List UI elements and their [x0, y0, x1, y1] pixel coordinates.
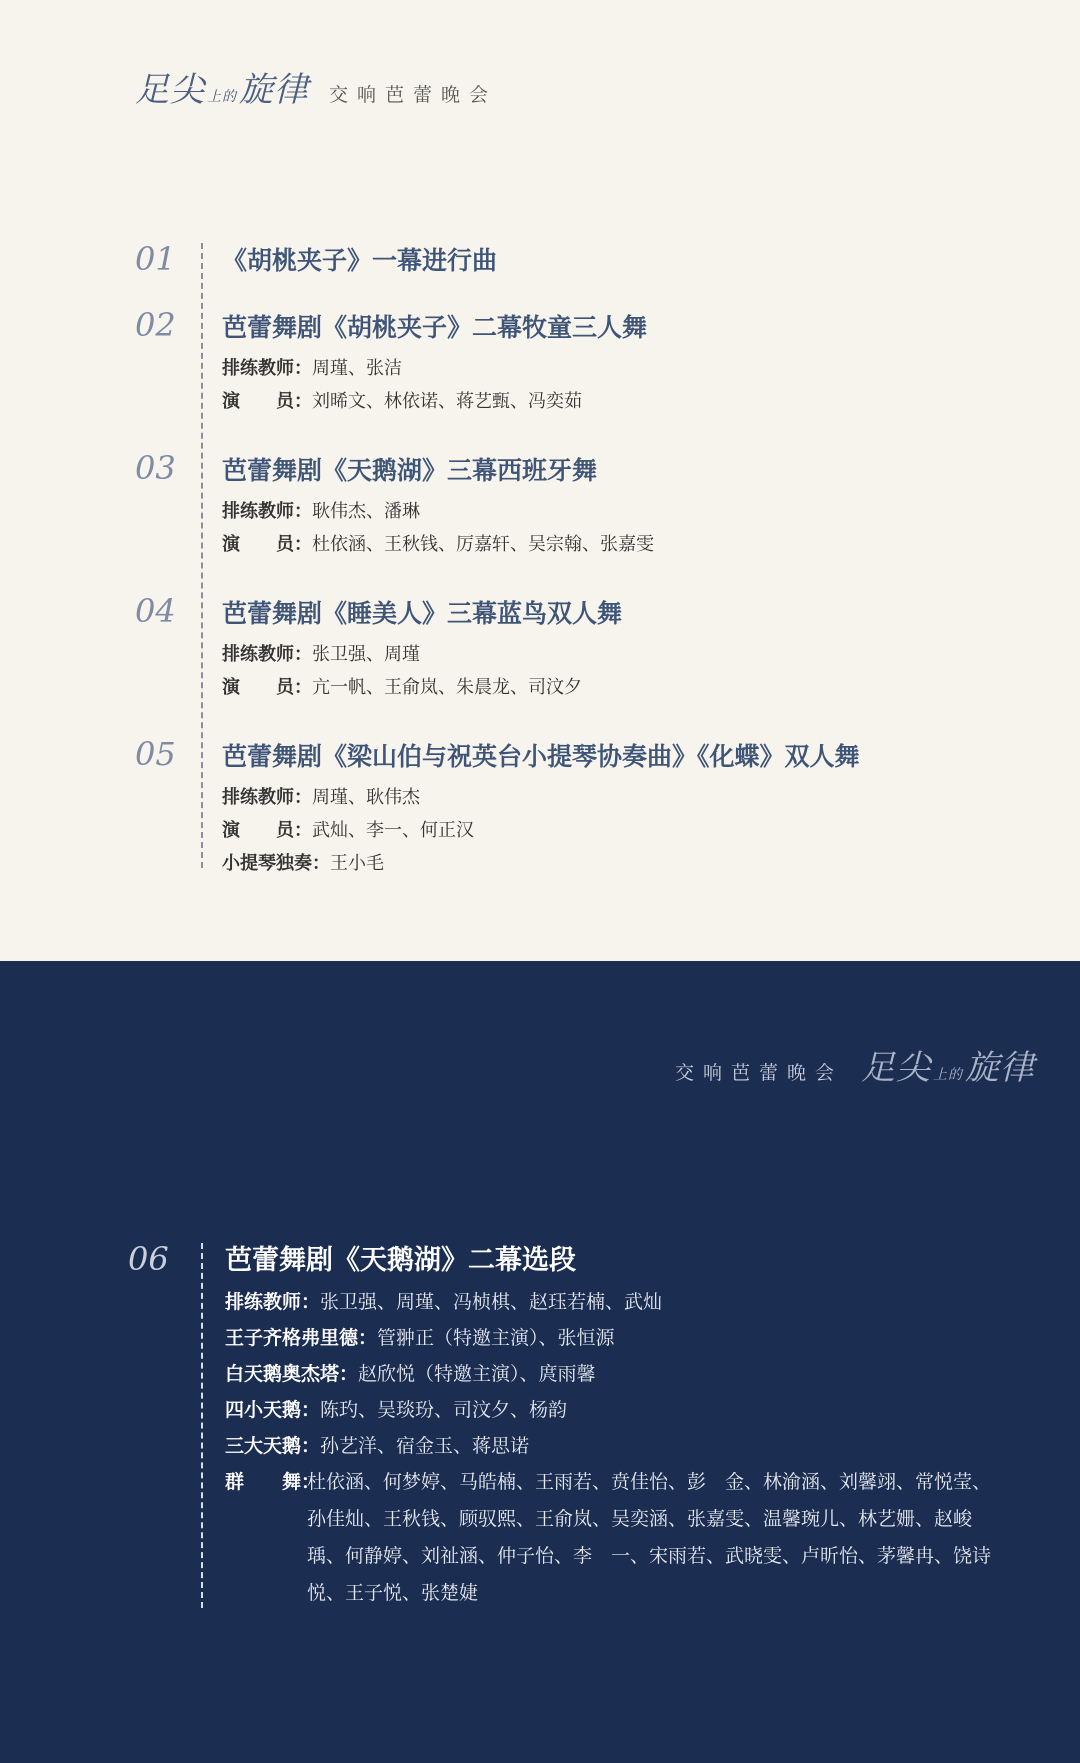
credit-line: 演 员：杜依涵、王秋钱、厉嘉轩、吴宗翰、张嘉雯: [222, 534, 654, 556]
timeline-divider: [201, 1243, 203, 1608]
logo-script-small: 上的: [933, 1064, 963, 1084]
credit-line: 演 员：刘晞文、林依诺、蒋艺甄、冯奕茹: [222, 391, 647, 413]
logo-script-end: 旋律: [965, 1040, 1035, 1089]
program-number: 04: [135, 592, 176, 630]
credit-line: 演 员：武灿、李一、何正汉: [222, 820, 860, 842]
credit-line: 白天鹅奥杰塔：赵欣悦（特邀主演）、庹雨馨: [225, 1363, 1007, 1385]
program-number: 03: [135, 449, 176, 487]
program-number: 05: [135, 735, 176, 773]
credit-line: 王子齐格弗里德：管翀正（特邀主演）、张恒源: [225, 1327, 1007, 1349]
event-subtitle: 交响芭蕾晚会: [675, 1058, 843, 1085]
program-item: 芭蕾舞剧《天鹅湖》二幕选段 排练教师：张卫强、周瑾、冯桢棋、赵珏若楠、武灿 王子…: [225, 1238, 1007, 1612]
credit-line: 小提琴独奏：王小毛: [222, 853, 860, 875]
credit-line: 三大天鹅：孙艺洋、宿金玉、蒋思诺: [225, 1435, 1007, 1457]
event-subtitle: 交响芭蕾晚会: [329, 80, 497, 107]
program-item: 芭蕾舞剧《梁山伯与祝英台小提琴协奏曲》《化蝶》双人舞 排练教师：周瑾、耿伟杰 演…: [222, 737, 860, 875]
program-title: 芭蕾舞剧《天鹅湖》二幕选段: [225, 1238, 1007, 1277]
credit-line: 排练教师：周瑾、耿伟杰: [222, 787, 860, 809]
program-number: 01: [135, 240, 176, 278]
program-title: 芭蕾舞剧《胡桃夹子》二幕牧童三人舞: [222, 308, 647, 344]
credit-line: 排练教师：张卫强、周瑾、冯桢棋、赵珏若楠、武灿: [225, 1291, 1007, 1313]
credit-line: 排练教师：周瑾、张洁: [222, 358, 647, 380]
program-item: 《胡桃夹子》一幕进行曲: [222, 241, 497, 277]
program-number: 06: [128, 1240, 169, 1278]
program-title: 芭蕾舞剧《睡美人》三幕蓝鸟双人舞: [222, 594, 622, 630]
program-title: 芭蕾舞剧《天鹅湖》三幕西班牙舞: [222, 451, 654, 487]
credit-line: 四小天鹅：陈玓、吴琰玢、司汶夕、杨韵: [225, 1399, 1007, 1421]
program-title: 《胡桃夹子》一幕进行曲: [222, 241, 497, 277]
program-item: 芭蕾舞剧《睡美人》三幕蓝鸟双人舞 排练教师：张卫强、周瑾 演 员：亢一帆、王俞岚…: [222, 594, 622, 699]
logo-script-main: 足尖: [135, 62, 205, 111]
program-number: 02: [135, 306, 176, 344]
credit-line: 排练教师：张卫强、周瑾: [222, 644, 622, 666]
header-logo: 足尖 上的 旋律 交响芭蕾晚会: [135, 62, 497, 111]
program-title: 芭蕾舞剧《梁山伯与祝英台小提琴协奏曲》《化蝶》双人舞: [222, 737, 860, 773]
logo-script-small: 上的: [207, 86, 237, 106]
logo-script-main: 足尖: [861, 1040, 931, 1089]
timeline-divider: [201, 243, 203, 868]
credit-line-ensemble: 群 舞：杜依涵、何梦婷、马皓楠、王雨若、贲佳怡、彭 金、林渝涵、刘馨翊、常悦莹、…: [225, 1471, 1007, 1612]
credit-line: 排练教师：耿伟杰、潘琳: [222, 501, 654, 523]
logo-script-end: 旋律: [239, 62, 309, 111]
program-item: 芭蕾舞剧《胡桃夹子》二幕牧童三人舞 排练教师：周瑾、张洁 演 员：刘晞文、林依诺…: [222, 308, 647, 413]
credit-line: 演 员：亢一帆、王俞岚、朱晨龙、司汶夕: [222, 677, 622, 699]
header-logo-dark: 交响芭蕾晚会 足尖 上的 旋律: [675, 1040, 1035, 1089]
program-item: 芭蕾舞剧《天鹅湖》三幕西班牙舞 排练教师：耿伟杰、潘琳 演 员：杜依涵、王秋钱、…: [222, 451, 654, 556]
